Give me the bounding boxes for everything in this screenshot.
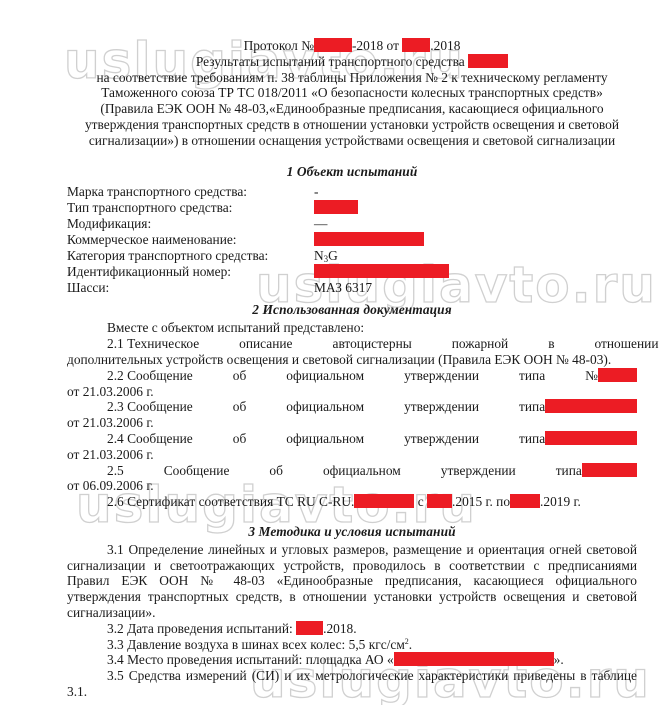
protocol-suffix: .2018 [430,38,460,53]
word: 2.4 Сообщение [67,431,193,447]
document-page: Протокол №-2018 от .2018 Результаты испы… [67,38,637,700]
word: 2.3 Сообщение [67,399,193,415]
word: 2.1 Техническое [67,336,199,352]
document-header: Протокол №-2018 от .2018 Результаты испы… [67,38,637,149]
section-2-intro: Вместе с объектом испытаний представлено… [67,320,637,336]
word: утверждении [364,399,479,415]
object-row: Коммерческое наименование: [67,232,637,248]
paragraph-3-1: 3.1 Определение линейных и угловых разме… [67,542,637,621]
test-date-label: 3.2 Дата проведения испытаний: [107,621,293,636]
certificate-year-to: .2019 г. [540,494,581,509]
header-line: на соответствие требованиям п. 38 таблиц… [67,70,637,86]
protocol-title: Протокол №-2018 от .2018 [67,38,637,54]
word: официальном [283,463,401,479]
word: типа [479,368,545,384]
word: типа [516,463,582,479]
word: типа [479,399,545,415]
item-2-3-line: 2.3 Сообщениеобофициальномутверждениитип… [67,399,637,415]
word: официальном [246,368,364,384]
row-value: - [314,184,637,200]
word: утверждении [401,463,516,479]
word: об [193,399,247,415]
redaction [468,54,508,68]
item-2-3-date: от 21.03.2006 г. [67,415,637,431]
object-row: Идентификационный номер: [67,264,637,280]
word: утверждении [364,368,479,384]
word: автоцистерны [293,336,412,352]
word: официальном [246,399,364,415]
word: 2.2 Сообщение [67,368,193,384]
word: отношении [555,336,659,352]
header-line: Таможенного союза ТР ТС 018/2011 «О безо… [67,85,637,101]
item-2-4-line: 2.4 Сообщениеобофициальномутверждениитип… [67,431,637,447]
redaction [354,494,414,508]
word: пожарной [412,336,508,352]
section-2-title: 2 Использованная документация [67,302,637,318]
object-table: Марка транспортного средства: - Тип тран… [67,184,637,295]
protocol-mid: -2018 от [352,38,399,53]
paragraph-3-3: 3.3 Давление воздуха в шинах всех колес:… [67,637,637,653]
object-row: Модификация: — [67,216,637,232]
word: об [229,463,283,479]
redaction [314,264,449,278]
word: описание [199,336,292,352]
row-label: Марка транспортного средства: [67,184,314,200]
row-value: N3G [314,248,637,264]
word: Сообщение [124,463,230,479]
paragraph-3-5: 3.5 Средства измерений (СИ) и их метроло… [67,668,637,700]
results-text: Результаты испытаний транспортного средс… [196,54,465,69]
tire-pressure-text: 3.3 Давление воздуха в шинах всех колес:… [107,637,405,652]
redaction [314,232,424,246]
redaction [394,652,554,666]
row-value: — [314,216,637,232]
word: об [193,431,247,447]
protocol-prefix: Протокол № [244,38,314,53]
row-label: Шасси: [67,280,314,296]
header-line: (Правила ЕЭК ООН № 48-03,«Единообразные … [67,101,637,117]
paragraph-3-4: 3.4 Место проведения испытаний: площадка… [67,652,637,668]
test-location-label: 3.4 Место проведения испытаний: площадка… [107,652,394,667]
section-3-body: 3.1 Определение линейных и угловых разме… [67,542,637,700]
redaction [545,399,637,413]
category-suffix: G [328,248,338,263]
certificate-prefix: 2.6 Сертификат соответствия ТС RU C-RU. [107,494,354,509]
word: утверждении [364,431,479,447]
word: в [508,336,554,352]
item-2-4-date: от 21.03.2006 г. [67,447,637,463]
certificate-from: с [418,494,424,509]
item-2-5-line: 2.5Сообщениеобофициальномутверждениитипа [67,463,637,479]
test-date-suffix: .2018. [323,621,356,636]
object-row: Марка транспортного средства: - [67,184,637,200]
redaction [510,494,540,508]
redaction [296,621,323,635]
item-2-6: 2.6 Сертификат соответствия ТС RU C-RU. … [67,494,637,510]
word: 2.5 [67,463,124,479]
redaction [314,38,352,52]
redaction [314,200,358,214]
item-2-5-date: от 06.09.2006 г. [67,478,637,494]
section-1-title: 1 Объект испытаний [67,164,637,180]
period: . [409,637,412,652]
redaction [427,494,452,508]
item-2-1-line: 2.1 Техническоеописаниеавтоцистерныпожар… [67,336,637,352]
row-label: Коммерческое наименование: [67,232,314,248]
object-row: Тип транспортного средства: [67,200,637,216]
certificate-year-from: .2015 г. по [452,494,510,509]
object-row: Шасси: МАЗ 6317 [67,280,637,296]
test-location-suffix: ». [554,652,564,667]
word: об [193,368,247,384]
row-label: Тип транспортного средства: [67,200,314,216]
row-label: Идентификационный номер: [67,264,314,280]
paragraph-3-2: 3.2 Дата проведения испытаний: .2018. [67,621,637,637]
header-line: утверждения транспортных средств в отнош… [67,117,637,133]
header-line: сигнализации») в отношении оснащения уст… [67,133,637,149]
row-label: Категория транспортного средства: [67,248,314,264]
section-2-body: Вместе с объектом испытаний представлено… [67,320,637,510]
word: установки [659,336,663,352]
redaction [582,463,637,477]
section-3-title: 3 Методика и условия испытаний [67,524,637,540]
results-line: Результаты испытаний транспортного средс… [67,54,637,70]
object-row: Категория транспортного средства: N3G [67,248,637,264]
item-2-1-continued: дополнительных устройств освещения и све… [67,352,637,368]
item-2-2-date: от 21.03.2006 г. [67,384,637,400]
row-label: Модификация: [67,216,314,232]
word: типа [479,431,545,447]
redaction [402,38,430,52]
category-letter: N [314,248,324,263]
row-value: МАЗ 6317 [314,280,637,296]
word: № [545,368,598,384]
redaction [598,368,637,382]
redaction [545,431,637,445]
item-2-2-line: 2.2 Сообщениеобофициальномутверждениитип… [67,368,637,384]
word: официальном [246,431,364,447]
